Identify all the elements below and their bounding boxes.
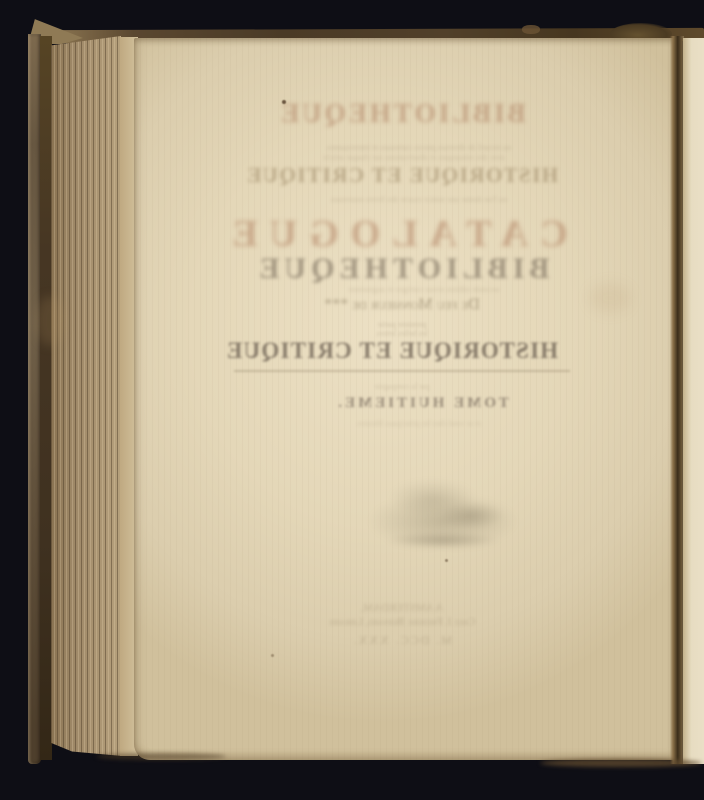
showthrough-illegible-line: premiere partie [378, 320, 427, 329]
showthrough-layer: BIBLIOTHEQUE ou recueil de diverses piec… [134, 38, 674, 760]
book-gutter [670, 36, 684, 764]
top-edge-knob [522, 25, 540, 34]
facing-page-edge [683, 38, 704, 764]
showthrough-illegible-line: ou recueil de diverses pieces curieuses … [327, 142, 512, 152]
showthrough-line-bibliotheque-black: BIBLIOTHEQUE [254, 252, 549, 286]
cover-page-gap [40, 36, 52, 760]
vignette-ornament-showthrough [354, 470, 532, 558]
paper-stain [589, 283, 631, 313]
showthrough-illegible-line: les belles lettres [376, 329, 427, 338]
showthrough-illegible-line: seconde edition revue corrigee et augmen… [348, 284, 499, 294]
page-block-fore-edge [51, 36, 121, 758]
foxing-spot [445, 559, 448, 562]
book-bottom-edge [540, 759, 702, 767]
showthrough-illegible-line: ou l'on donne une notice exacte des livr… [331, 194, 508, 204]
showthrough-illegible-line: avec des remarques et observations sur c… [323, 152, 505, 162]
foxing-spot [282, 100, 286, 104]
foxing-spot [271, 654, 274, 657]
open-book-photo: BIBLIOTHEQUE ou recueil de diverses piec… [0, 0, 704, 800]
showthrough-imprint-city: A AMSTERDAM, [361, 602, 444, 614]
showthrough-imprint-publisher: Chez J. Frederic Bernard, Libraire [329, 617, 475, 628]
showthrough-line-bibliotheque-red: BIBLIOTHEQUE [278, 98, 526, 129]
separator-rule-showthrough [234, 370, 570, 372]
showthrough-line-historique-et-critique-dark: HISTORIQUE ET CRITIQUE [226, 338, 558, 364]
showthrough-line-historique-et-critique: HISTORIQUE ET CRITIQUE [246, 163, 558, 188]
showthrough-line-tome-huitieme: TOME HUITIEME. [335, 395, 508, 412]
paper-stain [36, 296, 64, 346]
showthrough-imprint-date: M. DCC. XXX. [352, 633, 452, 648]
book-bottom-edge [96, 753, 226, 760]
showthrough-line-owner: De feu Monsieur de *** [324, 296, 480, 314]
showthrough-illegible-line: par la compagnie [374, 382, 429, 391]
showthrough-illegible-line: et se vend chez les principaux libraires [357, 419, 481, 428]
showthrough-line-catalogue: CATALOGUE [220, 212, 567, 256]
